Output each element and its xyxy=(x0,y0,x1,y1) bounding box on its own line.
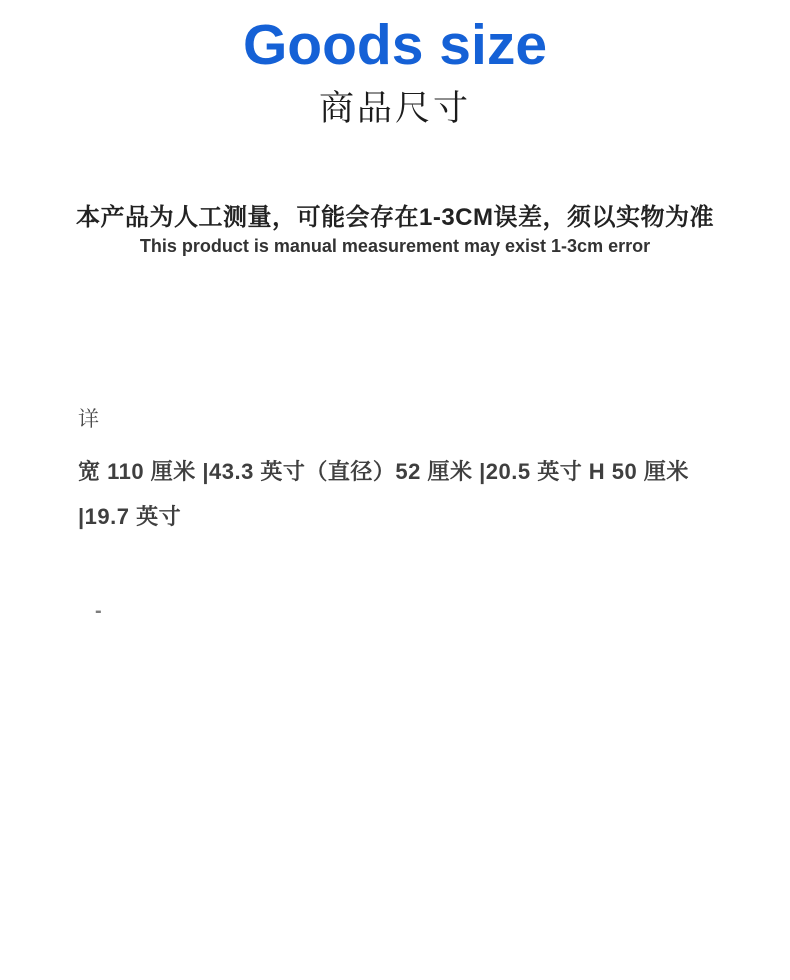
page-title-english: Goods size xyxy=(0,12,790,78)
detail-label: 详 xyxy=(78,403,99,433)
measurement-disclaimer-english: This product is manual measurement may e… xyxy=(0,236,790,257)
dimensions-line-1: 宽 110 厘米 |43.3 英寸（直径）52 厘米 |20.5 英寸 H 50… xyxy=(78,449,758,494)
dimensions-text: 宽 110 厘米 |43.3 英寸（直径）52 厘米 |20.5 英寸 H 50… xyxy=(78,449,758,539)
goods-size-section: Goods size 商品尺寸 本产品为人工测量，可能会存在1-3CM误差，须以… xyxy=(0,0,790,980)
measurement-disclaimer-chinese: 本产品为人工测量，可能会存在1-3CM误差，须以实物为准 xyxy=(0,197,790,232)
page-title-chinese: 商品尺寸 xyxy=(0,81,790,131)
dimensions-line-2: |19.7 英寸 xyxy=(78,494,758,539)
list-dash: - xyxy=(95,600,102,623)
